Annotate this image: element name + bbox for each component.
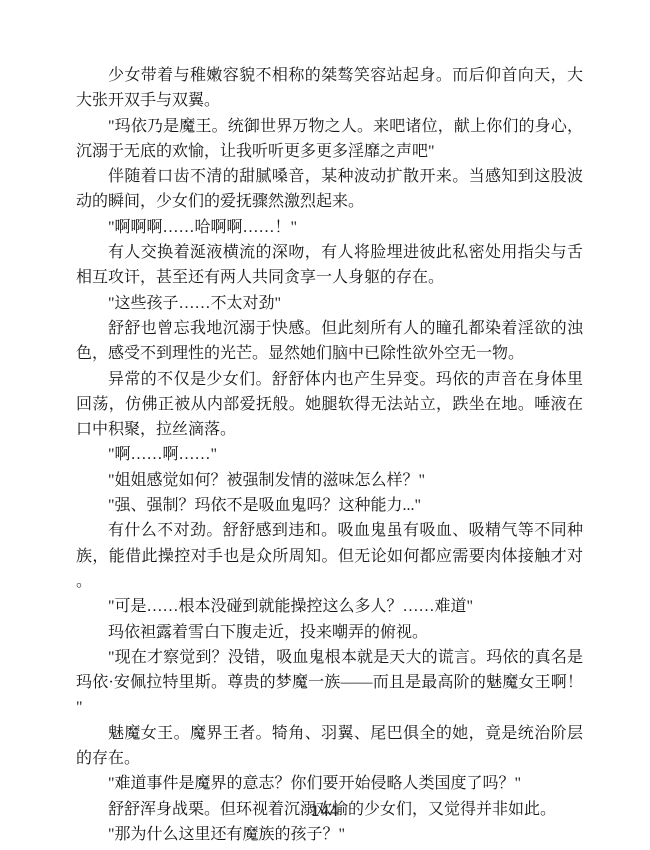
paragraph: 伴随着口齿不清的甜腻嗓音，某种波动扩散开来。当感知到这股波动的瞬间，少女们的爱抚… [76,164,583,215]
paragraph: "这些孩子……不太对劲" [76,291,583,316]
page-number: 144 [0,804,650,820]
paragraph: 玛依袒露着雪白下腹走近，投来嘲弄的俯视。 [76,620,583,645]
paragraph: 魅魔女王。魔界王者。犄角、羽翼、尾巴俱全的她，竟是统治阶层的存在。 [76,721,583,772]
paragraph: 异常的不仅是少女们。舒舒体内也产生异变。玛依的声音在身体里回荡，仿佛正被从内部爱… [76,367,583,443]
book-page: 少女带着与稚嫩容貌不相称的桀骜笑容站起身。而后仰首向天，大大张开双手与双翼。"玛… [0,0,650,850]
paragraph: "强、强制？玛依不是吸血鬼吗？这种能力..." [76,493,583,518]
paragraph: "姐姐感觉如何？被强制发情的滋味怎么样？" [76,468,583,493]
paragraph: 有什么不对劲。舒舒感到违和。吸血鬼虽有吸血、吸精气等不同种族，能借此操控对手也是… [76,518,583,594]
paragraph: "现在才察觉到？没错，吸血鬼根本就是天大的谎言。玛依的真名是玛依·安佩拉特里斯。… [76,645,583,721]
paragraph: "可是……根本没碰到就能操控这么多人？……难道" [76,594,583,619]
paragraph: "那为什么这里还有魔族的孩子？" [76,822,583,847]
paragraph: "玛依乃是魔王。统御世界万物之人。来吧诸位，献上你们的身心，沉溺于无底的欢愉，让… [76,114,583,165]
paragraph: 舒舒也曾忘我地沉溺于快感。但此刻所有人的瞳孔都染着淫欲的浊色，感受不到理性的光芒… [76,316,583,367]
paragraph: "啊……啊……" [76,442,583,467]
paragraph: 少女带着与稚嫩容貌不相称的桀骜笑容站起身。而后仰首向天，大大张开双手与双翼。 [76,63,583,114]
text-block: 少女带着与稚嫩容貌不相称的桀骜笑容站起身。而后仰首向天，大大张开双手与双翼。"玛… [76,63,583,847]
paragraph: 有人交换着涎液横流的深吻，有人将脸埋进彼此私密处用指尖与舌相互攻讦，甚至还有两人… [76,240,583,291]
paragraph: "难道事件是魔界的意志？你们要开始侵略人类国度了吗？" [76,771,583,796]
paragraph: "啊啊啊……哈啊啊……！" [76,215,583,240]
